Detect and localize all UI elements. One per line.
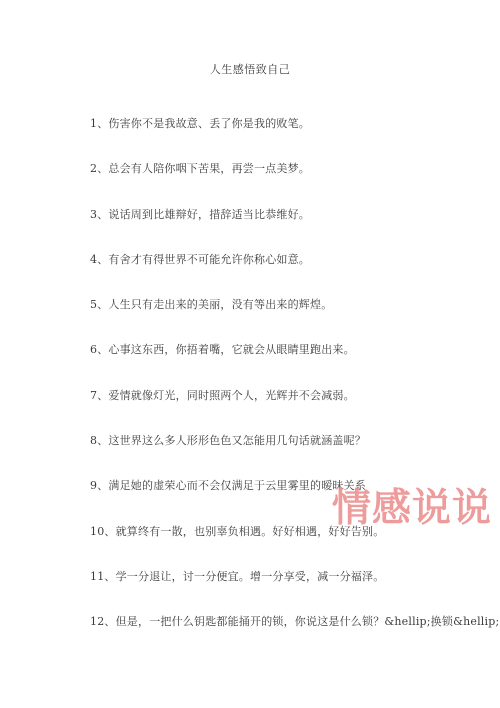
page-title: 人生感悟致自己 [0, 61, 500, 77]
quote-line: 7、爱情就像灯光，同时照两个人，光辉并不会减弱。 [90, 389, 490, 434]
quote-line: 4、有舍才有得世界不可能允许你称心如意。 [90, 253, 490, 298]
quote-line: 1、伤害你不是我故意、丢了你是我的败笔。 [90, 117, 490, 162]
quote-line: 12、但是，一把什么钥匙都能捅开的锁，你说这是什么锁？&hellip;换锁&he… [90, 615, 490, 660]
quote-line: 9、满足她的虚荣心而不会仅满足于云里雾里的暧昧关系 [90, 479, 490, 524]
quote-line: 5、人生只有走出来的美丽，没有等出来的辉煌。 [90, 298, 490, 343]
quote-list: 1、伤害你不是我故意、丢了你是我的败笔。2、总会有人陪你咽下苦果，再尝一点美梦。… [90, 117, 490, 661]
quote-line: 8、这世界这么多人形形色色又怎能用几句话就涵盖呢？ [90, 434, 490, 479]
document-page: 人生感悟致自己 1、伤害你不是我故意、丢了你是我的败笔。2、总会有人陪你咽下苦果… [0, 0, 500, 708]
quote-line: 6、心事这东西，你捂着嘴，它就会从眼睛里跑出来。 [90, 343, 490, 388]
quote-line: 10、就算终有一散，也别辜负相遇。好好相遇，好好告别。 [90, 525, 490, 570]
quote-line: 2、总会有人陪你咽下苦果，再尝一点美梦。 [90, 162, 490, 207]
quote-line: 11、学一分退让，讨一分便宜。增一分享受，减一分福泽。 [90, 570, 490, 615]
quote-line: 3、说话周到比雄辩好，措辞适当比恭维好。 [90, 208, 490, 253]
